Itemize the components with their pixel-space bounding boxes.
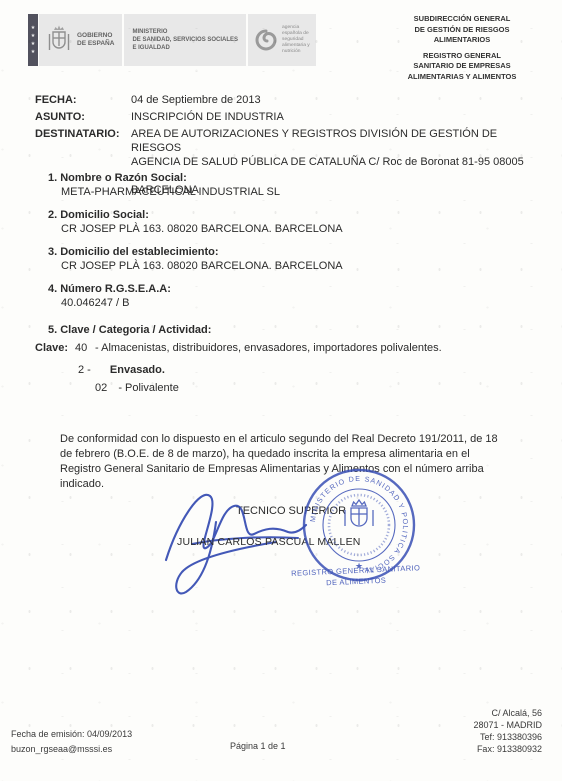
- aesan-spiral-icon: [254, 28, 278, 52]
- fecha-label: FECHA:: [35, 93, 131, 107]
- item-label: 2. Domicilio Social:: [48, 208, 518, 222]
- clave-row-envasado: 2 - Envasado.: [35, 363, 535, 377]
- gobierno-label: GOBIERNO DE ESPAÑA: [77, 32, 114, 49]
- item-label: 5. Clave / Categoria / Actividad:: [48, 323, 518, 337]
- registro-title: REGISTRO GENERAL SANITARIO DE EMPRESAS A…: [378, 51, 546, 83]
- footer-left: Fecha de emisión: 04/09/2013 buzon_rgsea…: [11, 727, 132, 757]
- stamp-caption: REGISTRO GENERAL SANITARIO DE ALIMENTOS: [288, 563, 425, 591]
- item-value: 40.046247 / B: [48, 296, 518, 310]
- item-value: CR JOSEP PLÀ 163. 08020 BARCELONA. BARCE…: [48, 222, 518, 236]
- spain-coat-of-arms-icon: [47, 24, 71, 56]
- footer-address: C/ Alcalá, 56 28071 - MADRID Tef: 913380…: [473, 707, 542, 755]
- clave-sub2-desc: - Polivalente: [118, 382, 179, 394]
- scanned-document-page: ★★★★ GOBIERNO DE ESPAÑA MINISTERIO DE SA…: [0, 0, 562, 781]
- clave-block: Clave: 40 - Almacenistas, distribuidores…: [35, 341, 535, 395]
- asunto-value: INSCRIPCIÓN DE INDUSTRIA: [131, 110, 284, 124]
- item-label: 4. Número R.G.S.E.A.A:: [48, 282, 518, 296]
- ministerio-logo-box: MINISTERIO DE SANIDAD, SERVICIOS SOCIALE…: [124, 14, 246, 66]
- asunto-label: ASUNTO:: [35, 110, 131, 124]
- item-label: 3. Domicilio del establecimiento:: [48, 245, 518, 259]
- fecha-row: FECHA: 04 de Septiembre de 2013: [35, 93, 525, 107]
- item-domicilio-social: 2. Domicilio Social: CR JOSEP PLÀ 163. 0…: [48, 208, 518, 236]
- item-value: META-PHARMACEUTICAL INDUSTRIAL SL: [48, 185, 518, 199]
- clave-code: 40: [75, 341, 95, 355]
- item-numero-rgseaa: 4. Número R.G.S.E.A.A: 40.046247 / B: [48, 282, 518, 310]
- subdireccion-title: SUBDIRECCIÓN GENERAL DE GESTIÓN DE RIESG…: [378, 14, 546, 46]
- aesan-logo-box: agencia española de seguridad alimentari…: [248, 14, 316, 66]
- page-indicator: Página 1 de 1: [230, 741, 286, 751]
- clave-row-polivalente: 02 - Polivalente: [35, 381, 535, 395]
- item-label: 1. Nombre o Razón Social:: [48, 171, 518, 185]
- item-value: CR JOSEP PLÀ 163. 08020 BARCELONA. BARCE…: [48, 259, 518, 273]
- fecha-value: 04 de Septiembre de 2013: [131, 93, 261, 107]
- header-right-block: SUBDIRECCIÓN GENERAL DE GESTIÓN DE RIESG…: [378, 14, 546, 82]
- contact-email: buzon_rgseaa@msssi.es: [11, 742, 132, 757]
- clave-row-40: Clave: 40 - Almacenistas, distribuidores…: [35, 341, 535, 355]
- ministerio-label: MINISTERIO DE SANIDAD, SERVICIOS SOCIALE…: [132, 28, 238, 52]
- clave-sub-desc: Envasado.: [110, 364, 165, 376]
- header-logo-strip: ★★★★ GOBIERNO DE ESPAÑA MINISTERIO DE SA…: [28, 14, 316, 66]
- asunto-row: ASUNTO: INSCRIPCIÓN DE INDUSTRIA: [35, 110, 525, 124]
- flag-stars-icon: ★★★★: [28, 14, 38, 66]
- clave-label: Clave:: [35, 341, 75, 355]
- emission-date: Fecha de emisión: 04/09/2013: [11, 727, 132, 742]
- aesan-label: agencia española de seguridad alimentari…: [282, 25, 310, 56]
- item-nombre: 1. Nombre o Razón Social: META-PHARMACEU…: [48, 171, 518, 199]
- item-domicilio-establecimiento: 3. Domicilio del establecimiento: CR JOS…: [48, 245, 518, 273]
- clave-desc: - Almacenistas, distribuidores, envasado…: [95, 341, 442, 355]
- gobierno-logo-box: GOBIERNO DE ESPAÑA: [39, 14, 122, 66]
- clave-sub2-code: 02: [95, 382, 107, 394]
- numbered-items: 1. Nombre o Razón Social: META-PHARMACEU…: [48, 171, 518, 346]
- item-clave-categoria: 5. Clave / Categoria / Actividad:: [48, 323, 518, 337]
- clave-sub-code: 2 -: [78, 364, 91, 376]
